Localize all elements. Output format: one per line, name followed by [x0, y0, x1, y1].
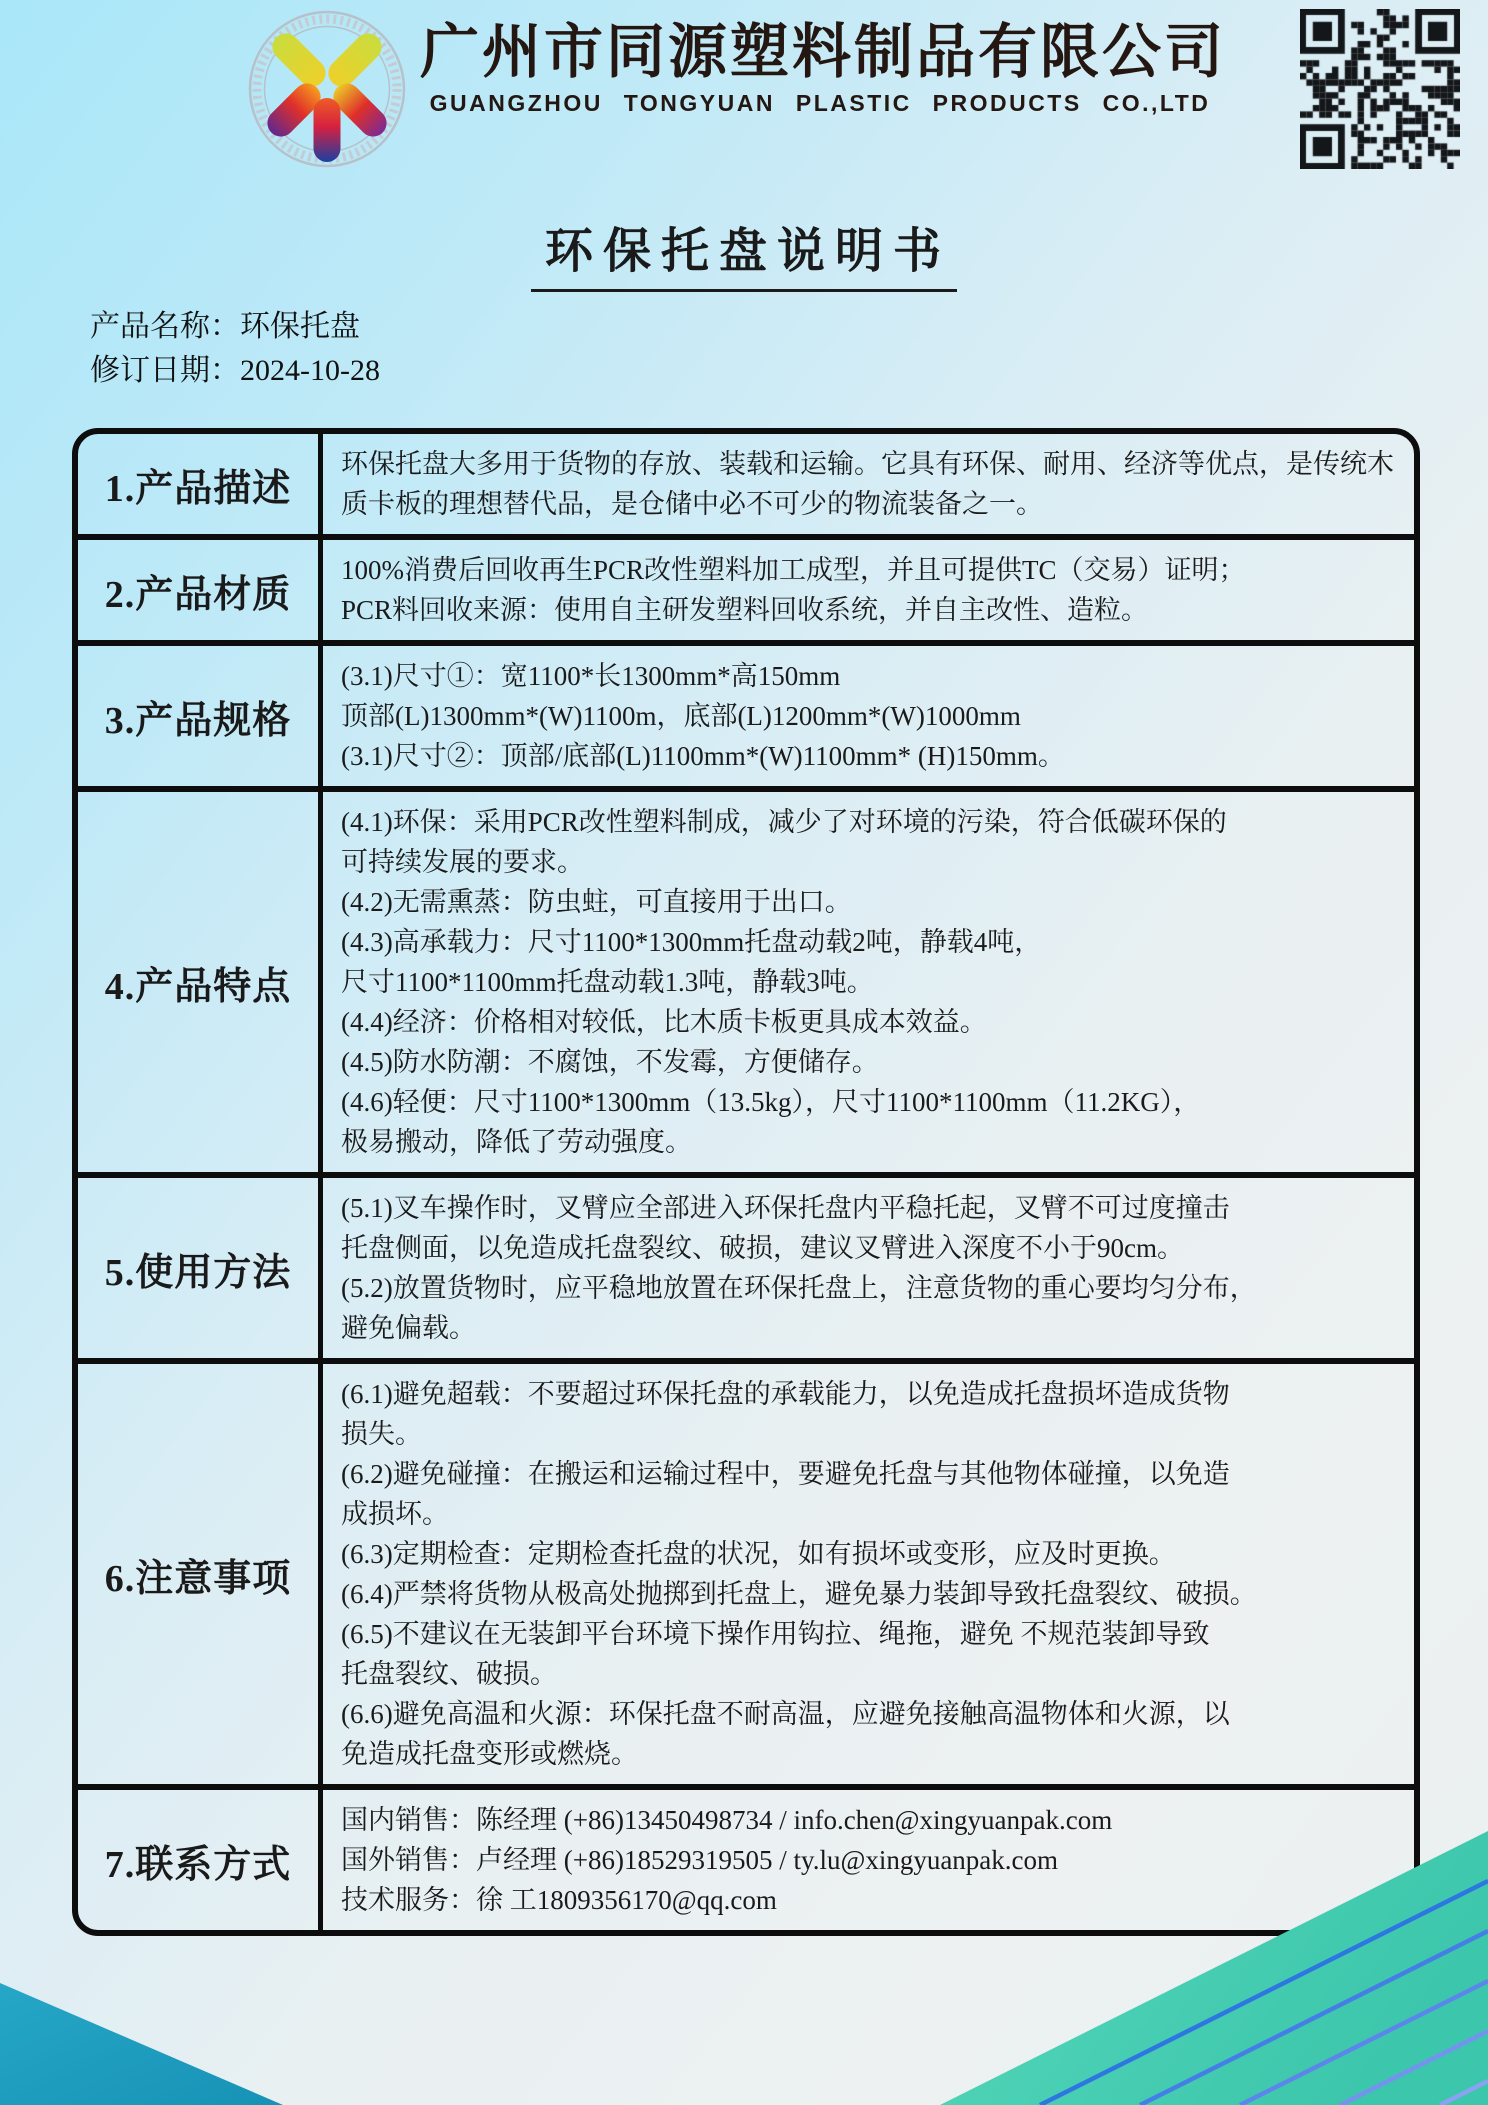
- page-title: 环保托盘说明书: [531, 212, 957, 292]
- row-label: 6.注意事项: [78, 1364, 323, 1784]
- company-logo-icon: [242, 4, 412, 174]
- table-row-precautions: 6.注意事项 (6.1)避免超载：不要超过环保托盘的承载能力，以免造成托盘损坏造…: [78, 1358, 1414, 1784]
- row-label: 7.联系方式: [78, 1790, 323, 1930]
- row-content-text: (5.1)叉车操作时，叉臂应全部进入环保托盘内平稳托起，叉臂不可过度撞击 托盘侧…: [323, 1178, 1271, 1358]
- row-content: (5.1)叉车操作时，叉臂应全部进入环保托盘内平稳托起，叉臂不可过度撞击 托盘侧…: [323, 1178, 1414, 1358]
- table-row-contact-info: 7.联系方式 国内销售：陈经理 (+86)13450498734 / info.…: [78, 1784, 1414, 1930]
- title-wrap: 环保托盘说明书: [0, 212, 1488, 292]
- row-content-text: (4.1)环保：采用PCR改性塑料制成，减少了对环境的污染，符合低碳环保的 可持…: [323, 792, 1241, 1172]
- row-label: 3.产品规格: [78, 646, 323, 786]
- page: { "header": { "company_name_zh": "广州市同源塑…: [0, 0, 1488, 2105]
- company-name-en: GUANGZHOU TONGYUAN PLASTIC PRODUCTS CO.,…: [420, 90, 1220, 117]
- table-row-product-features: 4.产品特点 (4.1)环保：采用PCR改性塑料制成，减少了对环境的污染，符合低…: [78, 786, 1414, 1172]
- row-content: 国内销售：陈经理 (+86)13450498734 / info.chen@xi…: [323, 1790, 1414, 1930]
- row-label: 2.产品材质: [78, 540, 323, 640]
- product-name-line: 产品名称：环保托盘: [90, 305, 380, 349]
- row-content-text: (3.1)尺寸①：宽1100*长1300mm*高150mm 顶部(L)1300m…: [323, 646, 1079, 786]
- row-content-text: 环保托盘大多用于货物的存放、装载和运输。它具有环保、耐用、经济等优点，是传统木质…: [323, 434, 1414, 534]
- row-content: 环保托盘大多用于货物的存放、装载和运输。它具有环保、耐用、经济等优点，是传统木质…: [323, 434, 1414, 534]
- teal-triangle-shape: [0, 1983, 283, 2105]
- row-content: (6.1)避免超载：不要超过环保托盘的承载能力，以免造成托盘损坏造成货物 损失。…: [323, 1364, 1414, 1784]
- product-meta: 产品名称：环保托盘 修订日期：2024-10-28: [90, 305, 380, 393]
- row-content-text: (6.1)避免超载：不要超过环保托盘的承载能力，以免造成托盘损坏造成货物 损失。…: [323, 1364, 1271, 1784]
- row-content-text: 100%消费后回收再生PCR改性塑料加工成型，并且可提供TC（交易）证明； PC…: [323, 540, 1260, 640]
- company-name-zh: 广州市同源塑料制品有限公司: [420, 16, 1220, 88]
- row-label: 1.产品描述: [78, 434, 323, 534]
- table-row-product-specs: 3.产品规格 (3.1)尺寸①：宽1100*长1300mm*高150mm 顶部(…: [78, 640, 1414, 786]
- row-label: 4.产品特点: [78, 792, 323, 1172]
- row-content: 100%消费后回收再生PCR改性塑料加工成型，并且可提供TC（交易）证明； PC…: [323, 540, 1414, 640]
- row-content: (4.1)环保：采用PCR改性塑料制成，减少了对环境的污染，符合低碳环保的 可持…: [323, 792, 1414, 1172]
- table-row-usage-method: 5.使用方法 (5.1)叉车操作时，叉臂应全部进入环保托盘内平稳托起，叉臂不可过…: [78, 1172, 1414, 1358]
- row-label: 5.使用方法: [78, 1178, 323, 1358]
- header: 广州市同源塑料制品有限公司 GUANGZHOU TONGYUAN PLASTIC…: [0, 0, 1488, 180]
- qr-code-icon: [1300, 9, 1460, 169]
- table-row-product-description: 1.产品描述 环保托盘大多用于货物的存放、装载和运输。它具有环保、耐用、经济等优…: [78, 434, 1414, 534]
- row-content-text: 国内销售：陈经理 (+86)13450498734 / info.chen@xi…: [323, 1790, 1126, 1930]
- spec-table: 1.产品描述 环保托盘大多用于货物的存放、装载和运输。它具有环保、耐用、经济等优…: [72, 428, 1420, 1936]
- row-content: (3.1)尺寸①：宽1100*长1300mm*高150mm 顶部(L)1300m…: [323, 646, 1414, 786]
- revision-date-line: 修订日期：2024-10-28: [90, 349, 380, 393]
- company-name-block: 广州市同源塑料制品有限公司 GUANGZHOU TONGYUAN PLASTIC…: [420, 16, 1220, 117]
- table-row-product-material: 2.产品材质 100%消费后回收再生PCR改性塑料加工成型，并且可提供TC（交易…: [78, 534, 1414, 640]
